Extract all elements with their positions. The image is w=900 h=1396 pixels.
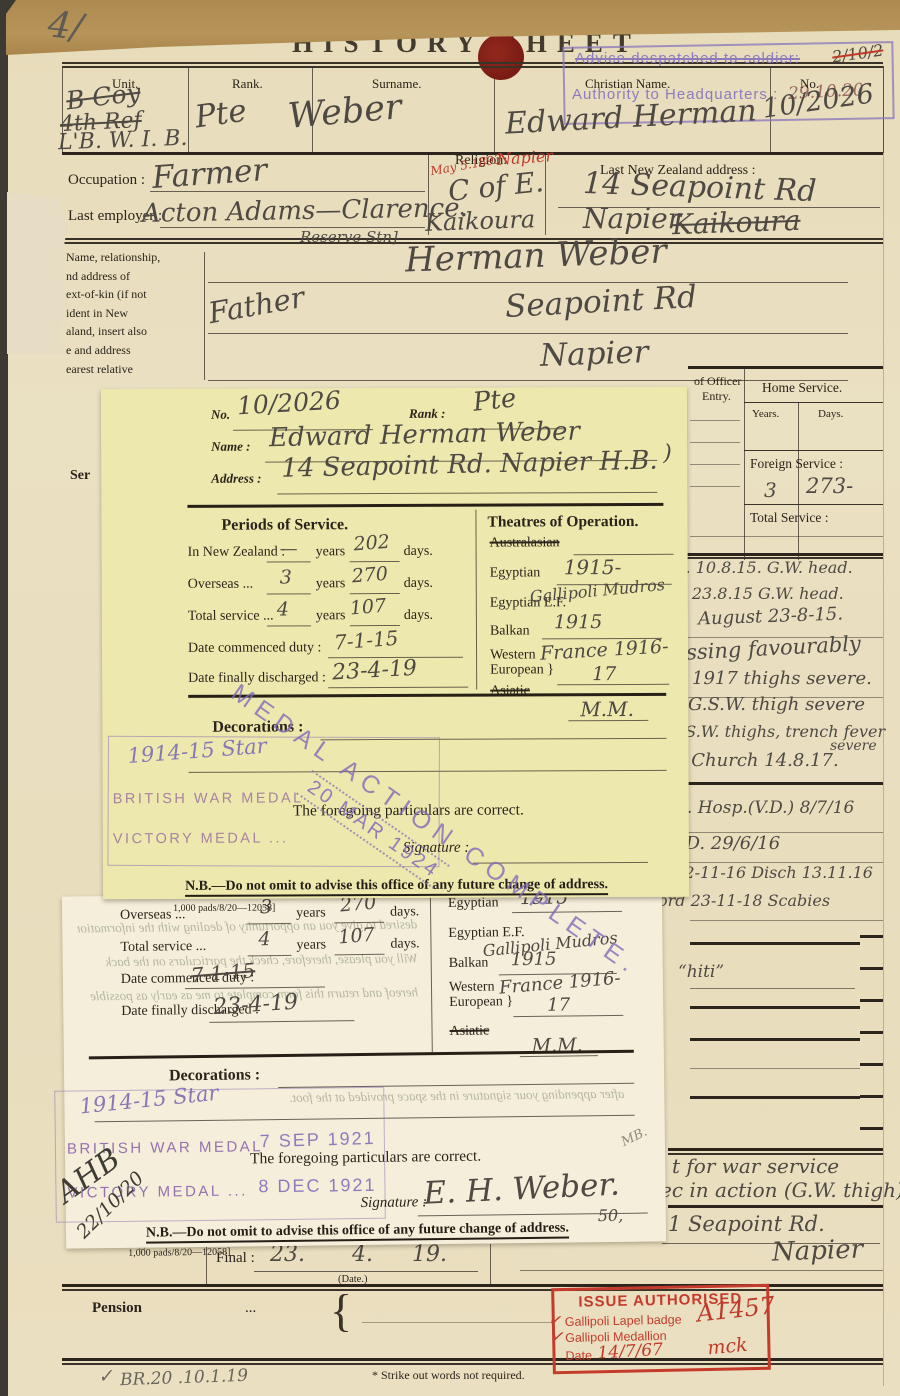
religion-red-note: Napier	[496, 146, 553, 169]
date-stamp-dec-1921: 8 DEC 1921	[258, 1175, 376, 1197]
margin-note: 1 Seapoint Rd.	[668, 1212, 825, 1236]
col-header-christian-name: Christian Name.	[585, 76, 670, 92]
margin-note: ros. 10.8.15. G.W. head.	[660, 558, 853, 577]
issue-stamp-initials: mck	[706, 1334, 748, 1360]
period-label: Total service ...	[188, 609, 274, 625]
margin-note: St Church 14.8.17.	[666, 750, 839, 771]
nok-label-line: e and address	[66, 341, 160, 360]
card-name-label: Name :	[211, 439, 250, 455]
period-years: 4	[277, 598, 289, 620]
pencil-check: ✓	[97, 1365, 114, 1387]
correct-text: The foregoing particulars are correct.	[250, 1148, 481, 1169]
card-rank-value: Pte	[471, 383, 517, 418]
officer-header-1: of Officer	[694, 374, 741, 389]
nz-address-struck: Kaikoura	[671, 204, 801, 241]
theatre-label: Western	[449, 979, 495, 996]
pencil-mb: MB.	[619, 1125, 650, 1150]
margin-note: 1917 thighs severe.	[692, 668, 872, 689]
issue-stamp-item1: Gallipoli Lapel badge	[565, 1313, 682, 1329]
pension-dots: ...	[245, 1300, 256, 1317]
service-section-partial: Ser	[70, 468, 90, 484]
theatre-label: European }	[490, 662, 554, 678]
theatre-label: Western	[490, 647, 536, 663]
total-service-label: Total Service :	[750, 510, 829, 526]
red-seal-icon	[478, 34, 524, 80]
theatre-value: 17	[592, 663, 616, 685]
pension-label: Pension	[92, 1300, 142, 1317]
nok-label-line: ext-of-kin (if not	[66, 285, 160, 304]
nok-label-line: earest relative	[66, 360, 160, 379]
scanner-edge	[0, 0, 8, 1396]
nok-label-line: aland, insert also	[66, 322, 160, 341]
card-footer-imprint: 1,000 pads/8/20—12058]	[173, 903, 275, 914]
period-label: Overseas ...	[188, 577, 253, 593]
home-service-header: Home Service.	[762, 380, 842, 396]
period-label: Date finally discharged :	[188, 670, 326, 687]
margin-note: th 23.8.15 G.W. head.	[670, 584, 844, 603]
medal-british-war: BRITISH WAR MEDAL	[113, 790, 304, 807]
nok-label-line: nd address of	[66, 267, 160, 286]
employer-note: Reserve Stn]	[300, 228, 398, 246]
theatre-label: Balkan	[490, 623, 530, 639]
margin-note: G.S.W. thigh severe	[688, 694, 865, 715]
mm-note: M.M.	[580, 697, 634, 721]
nok-label-line: ident in New	[66, 304, 160, 323]
theatre-value: 1915	[554, 611, 602, 633]
days-word: days.	[404, 544, 433, 560]
period-days: 107	[338, 924, 376, 949]
years-header: Years.	[752, 408, 779, 420]
discharged-date: 23-4-19	[212, 990, 298, 1020]
yellow-service-card: No. 10/2026 Rank : Pte Name : Edward Her…	[101, 387, 689, 900]
torn-patch	[7, 192, 67, 354]
card-address-tail: )	[663, 441, 672, 466]
card-no-label: No.	[211, 407, 230, 423]
period-label: Date commenced duty :	[188, 640, 321, 657]
advice-stamp-text: Advice despatched to soldier:	[575, 50, 800, 67]
signature-label: Signature :	[361, 1194, 428, 1212]
foreign-service-years: 3	[764, 478, 777, 502]
margin-note: p. Hosp.(V.D.) 8/7/16	[676, 798, 854, 818]
theatre-label: Asiatic	[490, 683, 530, 699]
period-days: 202	[353, 531, 391, 556]
margin-note: “hiti”	[678, 962, 724, 982]
theatre-value: Gallipoli Mudros	[529, 575, 665, 606]
days-word: days.	[390, 936, 419, 952]
unit-value: L'B. W. I. B.	[58, 126, 188, 156]
margin-note: b. 2-11-16 Disch 13.11.16	[664, 863, 873, 882]
period-label: In New Zealand :	[188, 544, 286, 560]
theatre-value: 1915-	[564, 555, 622, 579]
nz-address-line2: Napier	[583, 202, 681, 235]
card-address-label: Address :	[211, 471, 261, 487]
nok-address2: Napier	[539, 334, 649, 374]
scanned-history-sheet: HISTORY SHEET 4/ Unit. Rank. Surname. Ch…	[0, 0, 900, 1396]
issue-stamp-date-value: 14/7/67	[597, 1340, 664, 1364]
period-days: 107	[349, 595, 387, 620]
days-word: days.	[404, 608, 433, 624]
theatre-label: Asiatic	[449, 1023, 489, 1039]
final-place: Napier	[772, 1234, 864, 1267]
pension-brace: {	[330, 1284, 352, 1337]
period-days: 270	[351, 563, 389, 588]
theatre-label: Australasian	[490, 535, 560, 551]
employer-value: Acton Adams—Clarence.	[142, 193, 468, 229]
years-word: years	[296, 937, 326, 953]
theatre-value: 17	[547, 994, 570, 1015]
strike-out-footnote: * Strike out words not required.	[372, 1368, 525, 1383]
days-header: Days.	[818, 408, 843, 420]
period-years: 4	[258, 928, 270, 950]
nb-text: N.B.—Do not omit to advise this office o…	[146, 1221, 569, 1244]
medal-victory: VICTORY MEDAL ...	[113, 830, 289, 847]
theatre-label: Balkan	[449, 955, 489, 971]
issue-authorised-stamp: ISSUE AUTHORISED ✓ Gallipoli Lapel badge…	[551, 1284, 771, 1375]
years-word: years	[316, 576, 346, 592]
page-number: 4/	[46, 4, 85, 48]
years-word: years	[316, 544, 346, 560]
theatre-label: Egyptian	[490, 565, 541, 581]
col-header-rank: Rank.	[232, 76, 263, 92]
occupation-label: Occupation :	[68, 172, 145, 189]
commenced-date: 7-1-15	[333, 626, 399, 655]
nok-label-line: Name, relationship,	[66, 248, 160, 267]
rank-value: Pte	[193, 93, 249, 136]
officer-header-2: Entry.	[702, 389, 731, 404]
final-month: 4.	[352, 1242, 373, 1267]
years-word: years	[316, 608, 346, 624]
period-years: 3	[280, 566, 292, 588]
foreign-service-label: Foreign Service :	[750, 456, 843, 472]
issue-stamp-date-label: Date	[565, 1348, 592, 1363]
days-word: days.	[390, 904, 419, 920]
periods-header: Periods of Service.	[221, 516, 348, 535]
foreign-service-days: 273-	[806, 474, 853, 498]
days-word: days.	[404, 576, 433, 592]
years-word: years	[296, 905, 326, 921]
nok-label: Name, relationship, nd address of ext-of…	[66, 248, 160, 378]
margin-note: ec in action (G.W. thigh)	[660, 1178, 900, 1202]
theatres-header: Theatres of Operation.	[487, 513, 638, 532]
card-footer-imprint: 1,000 pads/8/20—12058]	[128, 1247, 230, 1259]
period-label: Total service ...	[120, 939, 206, 956]
period-years: —	[280, 538, 298, 559]
theatre-value: France 1916-	[540, 635, 670, 664]
pencil-50: 50,	[598, 1206, 624, 1225]
final-year: 19.	[412, 1242, 447, 1267]
signature-value: E. H. Weber.	[423, 1166, 621, 1211]
card-no-value: 10/2026	[236, 386, 341, 421]
employer-extra: Kaikoura	[425, 205, 536, 237]
margin-note: t for war service	[672, 1154, 839, 1178]
discharged-date: 23-4-19	[331, 656, 417, 686]
